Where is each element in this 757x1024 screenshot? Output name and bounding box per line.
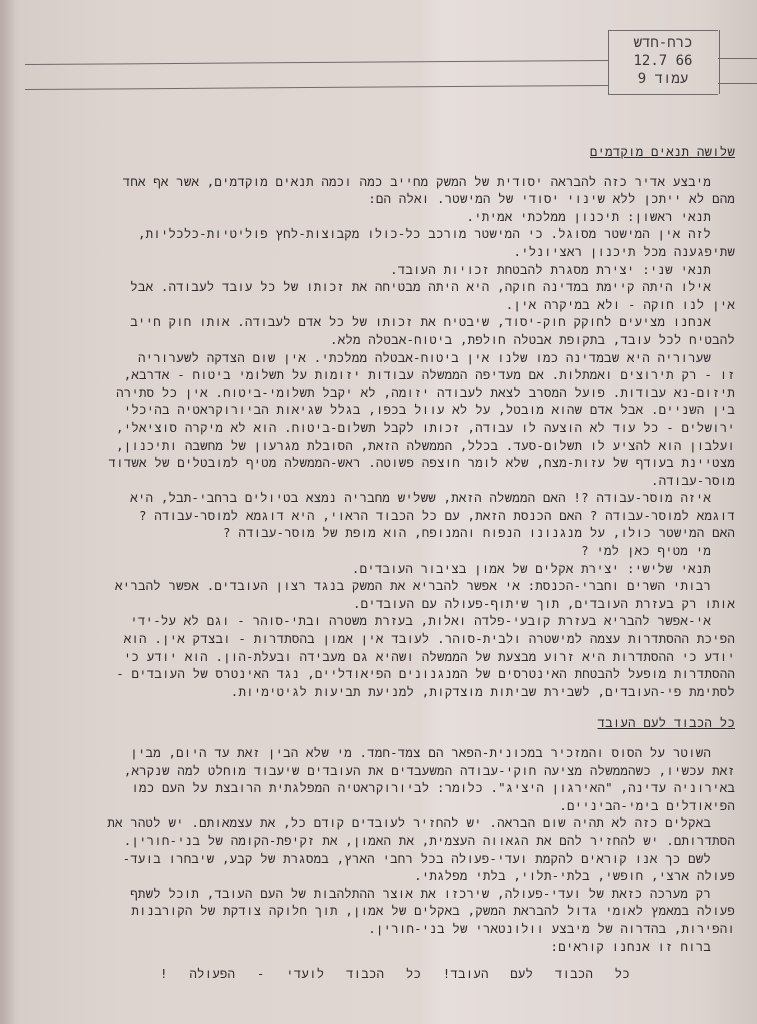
- publication-name: כרח-חדש: [608, 34, 718, 52]
- text-line: יודע כי ההסתדרות היא זרוע מבצעת של הממשל…: [55, 648, 735, 666]
- text-line: והפירות, בהדרוה של מיבצע וולונטארי של בנ…: [55, 920, 735, 938]
- text-line: הפיאודלים בימי-הביניים.: [55, 797, 735, 815]
- issue-date: 12.7 66: [608, 52, 718, 70]
- text-line: אי-אפשר להבריא בעזרת קובעי-פלדה ואלות, ב…: [55, 612, 735, 630]
- section-heading-honor-workers: כל הכבוד לעם העובד: [55, 714, 735, 732]
- text-line: זו - רק תירוצים ואמתלות. אם מעדיפה הממשל…: [55, 366, 735, 384]
- text-line: בין השניים. אבל אדם שהוא מובטל, על לא עו…: [55, 401, 735, 419]
- text-line: שתיפגענה מכל תיכנון ראציונלי.: [55, 243, 735, 261]
- text-line: מיבצע אדיר כזה להבראה יסודית של המשק מחי…: [55, 173, 735, 191]
- text-line: תנאי שלישי: יצירת אקלים של אמון בציבור ה…: [55, 560, 735, 578]
- text-line: לשם כך אנו קוראים להקמת ועדי-פעולה בכל ר…: [55, 850, 735, 868]
- text-line: אין לנו חוקה - ולא במיקרה אין.: [55, 296, 735, 314]
- text-line: ההסתדרות מופעל להבטחת האינטרסים של המנגנ…: [55, 665, 735, 683]
- text-line: פעולה ארצי, חופשי, בלתי-תלוי, בלתי מפלגת…: [55, 867, 735, 885]
- text-line: מצטיינת בעודף של עזות-מצח, שלא לומר חוצפ…: [55, 454, 735, 472]
- text-line: השוטר על הסוס והמזכיר במכונית-הפאר הם צמ…: [55, 744, 735, 762]
- text-line: ברוח זו אנחנו קוראים:: [55, 938, 735, 956]
- text-line: לזה אין המישטר מסוגל. כי המישטר מורכב כל…: [55, 225, 735, 243]
- text-line: מהם לא ייתכן ללא שינוי יסודי של המישטר. …: [55, 190, 735, 208]
- paper-edge: [0, 0, 14, 1024]
- text-line: שערוריה היא שבמדינה כמו שלנו אין ביטוח-א…: [55, 349, 735, 367]
- text-line: זאת עכשיו, כשהממשלה מציעה חוקי-עבודה המש…: [55, 762, 735, 780]
- page-stamp: כרח-חדש 12.7 66 עמוד 9: [608, 34, 718, 88]
- text-line: פעולה במאמץ לאומי גדול להבראת המשק, באקל…: [55, 902, 735, 920]
- text-line: ירושלים - כל עוד לא הוצעה לו עבודה, זכות…: [55, 419, 735, 437]
- page-stamp-top-border: [608, 30, 718, 31]
- text-line: הפיכת ההסתדרות עצמה למישטרה ולבית-סוהר. …: [55, 630, 735, 648]
- text-line: אנחנו מציעים לחוקק חוק-יסוד, שיבטיח את ז…: [55, 313, 735, 331]
- text-line: תיזום-נא עבודות. פועל המסרב לצאת לעבודה …: [55, 384, 735, 402]
- text-line: רק מערכה כזאת של ועדי-פעולה, שירכזו את א…: [55, 885, 735, 903]
- section-heading-preconditions: שלושה תנאים מוקדמים: [55, 143, 735, 161]
- header-rule-top-right: [718, 58, 757, 59]
- section-preconditions: מיבצע אדיר כזה להבראה יסודית של המשק מחי…: [55, 173, 735, 701]
- text-line: מי מטיף כאן למי ?: [55, 542, 735, 560]
- header-rule-bottom-left: [25, 85, 608, 90]
- text-line: מוסר-עבודה.: [55, 472, 735, 490]
- header-rule-bottom-right: [718, 83, 757, 84]
- text-line: האם המישטר כולו, על מנגנונו הנפוח והמנופ…: [55, 524, 735, 542]
- text-line: הסתדרותם. יש להחזיר להם את הגאווה העצמית…: [55, 832, 735, 850]
- page-number: עמוד 9: [608, 70, 718, 88]
- closing-slogan: כל הכבוד לעם העובד! כל הכבוד לועדי - הפע…: [55, 965, 735, 983]
- page-stamp-bottom-border: [608, 94, 718, 95]
- text-line: רבותי השרים וחברי-הכנסת: אי אפשר להבריא …: [55, 577, 735, 595]
- text-line: באקלים כזה לא תהיה שום הבראה. יש להחזיר …: [55, 814, 735, 832]
- text-line: אותו רק בעזרת העובדים, תוך שיתוף-פעולה ע…: [55, 595, 735, 613]
- header-rule-top-left: [25, 60, 608, 65]
- text-line: תנאי ראשון: תיכנון ממלכתי אמיתי.: [55, 208, 735, 226]
- text-line: לסתימת פי-העובדים, לשבירת שביתות מוצדקות…: [55, 683, 735, 701]
- text-line: ועלבון הוא להציע לו תשלום-סעד. בכלל, הממ…: [55, 437, 735, 455]
- text-line: איזה מוסר-עבודה ?! האם הממשלה הזאת, ששלי…: [55, 489, 735, 507]
- text-line: באירוניה עדינה, "האירגון היציג". כלומר: …: [55, 779, 735, 797]
- text-line: אילו היתה קיימת במדינה חוקה, היא היתה מב…: [55, 278, 735, 296]
- text-line: להבטיח לכל עובד, בתקופת אבטלה חולפת, ביט…: [55, 331, 735, 349]
- text-line: דוגמא למוסר-עבודה ? האם הכנסת הזאת, עם כ…: [55, 507, 735, 525]
- text-line: תנאי שני: יצירת מסגרת להבטחת זכויות העוב…: [55, 261, 735, 279]
- document-body: שלושה תנאים מוקדמים מיבצע אדיר כזה להברא…: [55, 143, 735, 983]
- section-honor-workers: השוטר על הסוס והמזכיר במכונית-הפאר הם צמ…: [55, 744, 735, 955]
